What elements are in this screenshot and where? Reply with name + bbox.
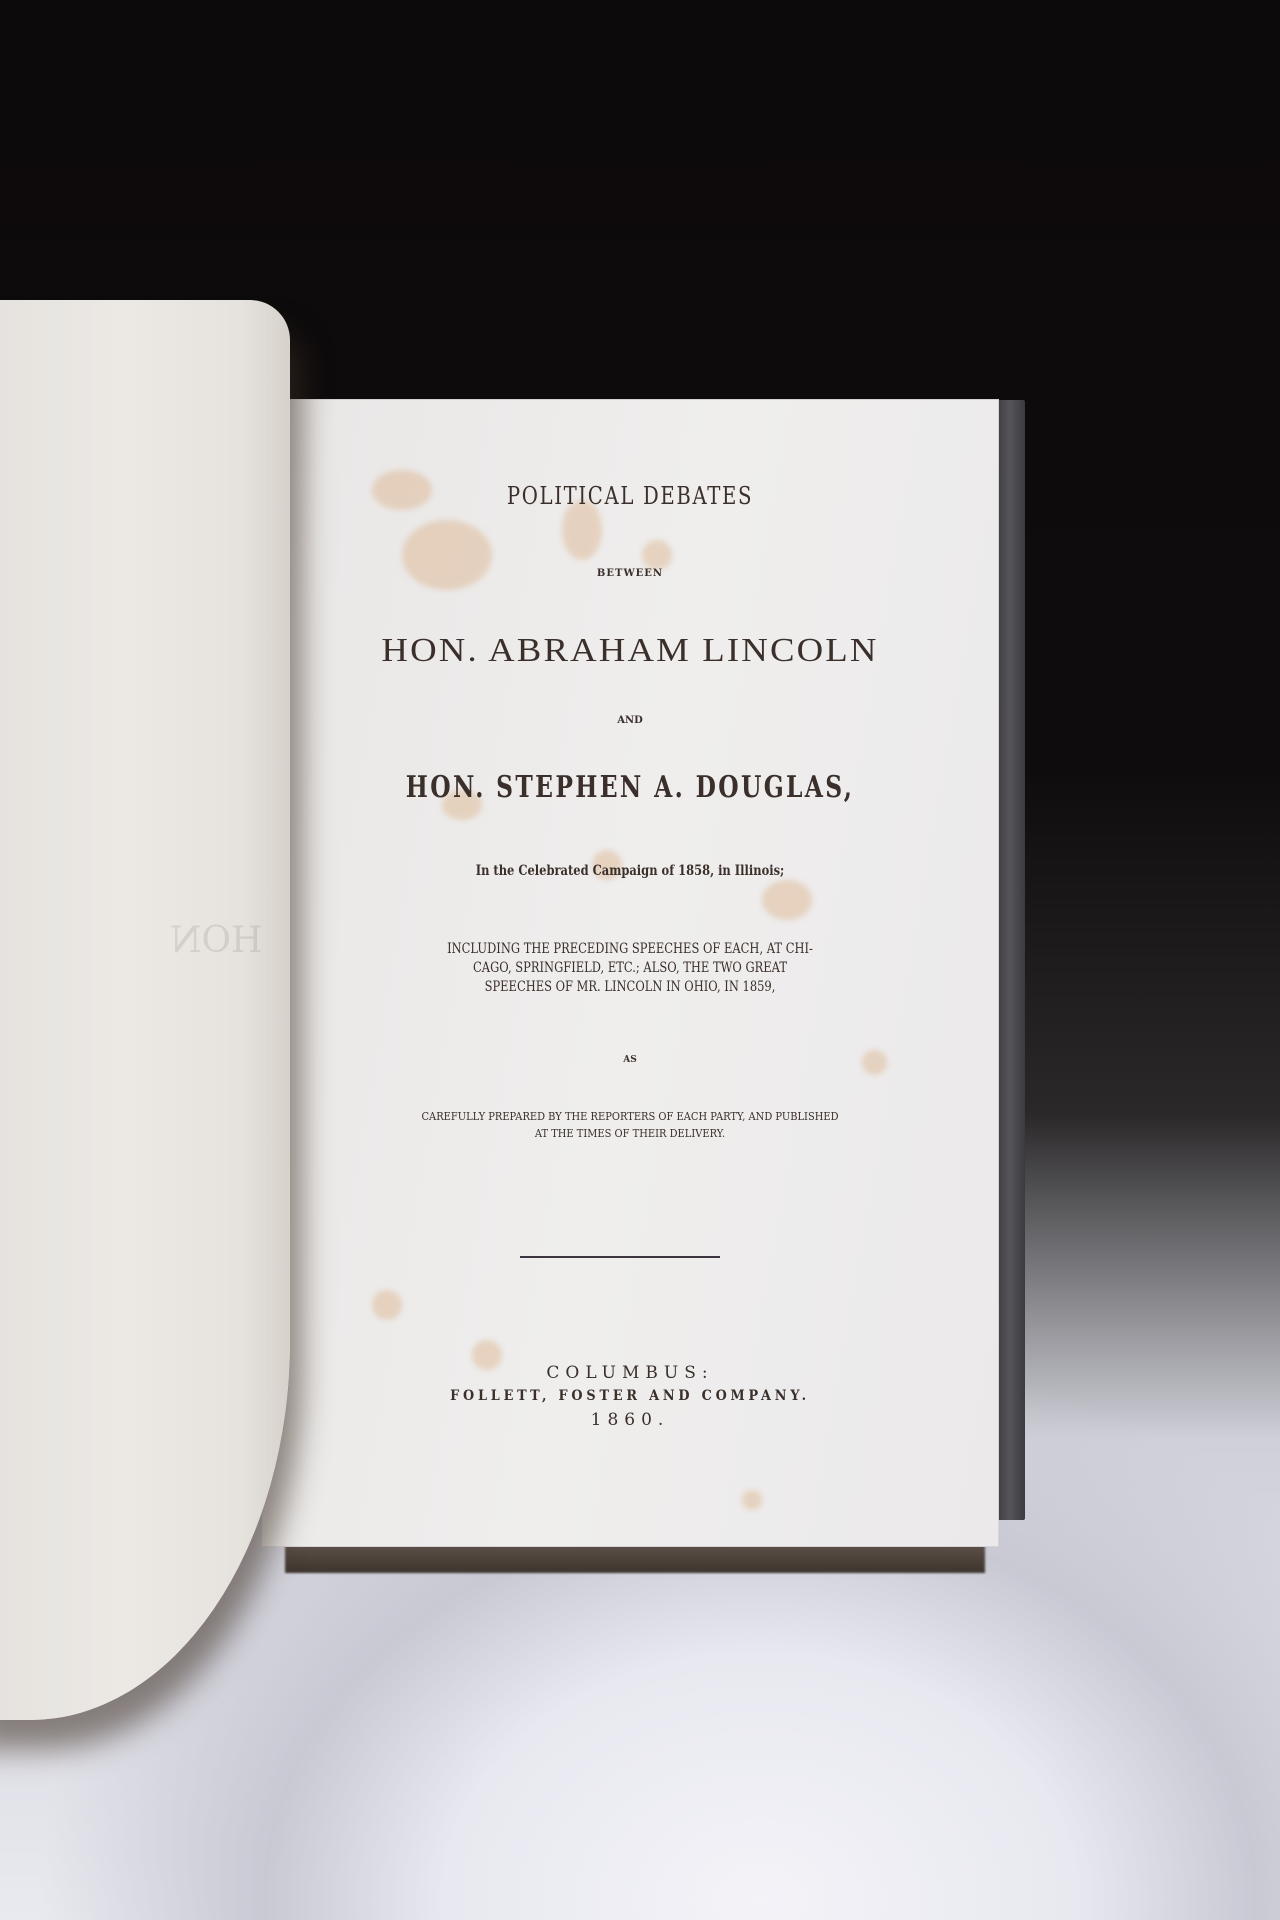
page-shadow bbox=[285, 1545, 985, 1573]
including-line: INCLUDING THE PRECEDING SPEECHES OF EACH… bbox=[328, 940, 932, 959]
prepared-line: CAREFULLY PREPARED BY THE REPORTERS OF E… bbox=[314, 1108, 947, 1125]
prepared-block: CAREFULLY PREPARED BY THE REPORTERS OF E… bbox=[314, 1108, 947, 1142]
prepared-line: AT THE TIMES OF THEIR DELIVERY. bbox=[314, 1125, 947, 1142]
party-two: HON. STEPHEN A. DOUGLAS, bbox=[343, 770, 917, 805]
as-label: AS bbox=[262, 1055, 998, 1065]
party-one: HON. ABRAHAM LINCOLN bbox=[233, 632, 1028, 670]
show-through-text: HON bbox=[170, 920, 262, 961]
and-label: AND bbox=[262, 715, 998, 726]
imprint-year: 1860. bbox=[262, 1410, 998, 1430]
imprint-publisher: FOLLETT, FOSTER AND COMPANY. bbox=[280, 1388, 979, 1404]
including-block: INCLUDING THE PRECEDING SPEECHES OF EACH… bbox=[328, 940, 932, 997]
heading: POLITICAL DEBATES bbox=[328, 482, 932, 510]
left-page: HON bbox=[0, 300, 290, 1720]
including-line: CAGO, SPRINGFIELD, ETC.; ALSO, THE TWO G… bbox=[328, 959, 932, 978]
book-cover-edge bbox=[995, 400, 1025, 1520]
imprint-city: COLUMBUS: bbox=[262, 1363, 998, 1383]
title-page-text: POLITICAL DEBATES BETWEEN HON. ABRAHAM L… bbox=[262, 400, 998, 1546]
between-label: BETWEEN bbox=[262, 568, 998, 579]
horizontal-rule bbox=[520, 1256, 720, 1258]
book-photo: HON POLITICAL DEBATES BETWEEN HON. ABRAH… bbox=[0, 0, 1280, 1920]
campaign-line: In the Celebrated Campaign of 1858, in I… bbox=[328, 863, 932, 879]
including-line: SPEECHES OF MR. LINCOLN IN OHIO, IN 1859… bbox=[328, 978, 932, 997]
